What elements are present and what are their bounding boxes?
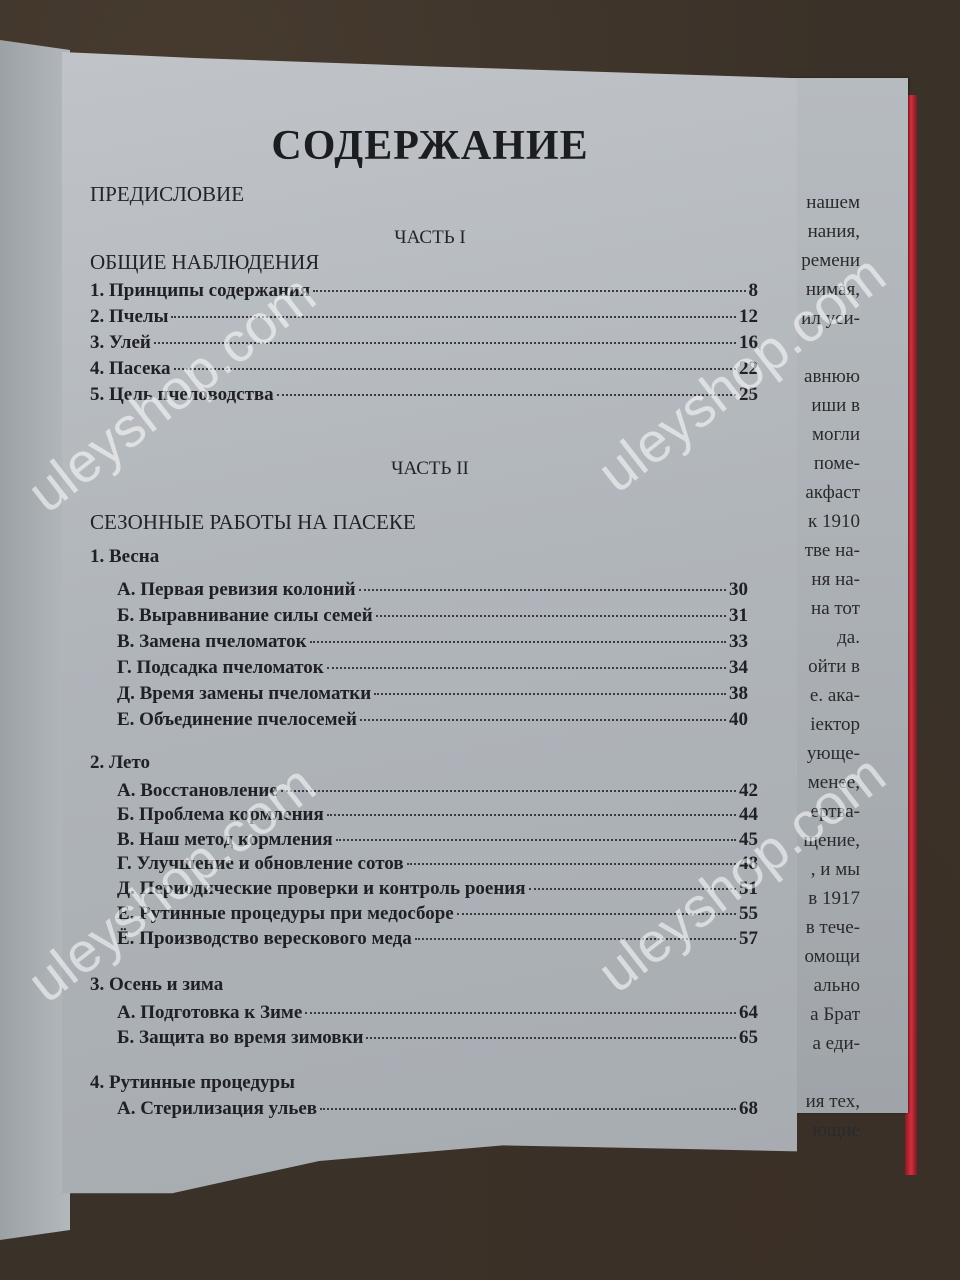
toc-page-number: 48 [739, 853, 758, 875]
toc-entry-title: Б. Защита во время зимовки [117, 1027, 363, 1049]
toc-entry[interactable]: 5. Цель пчеловодства25 [90, 384, 758, 406]
toc-entry[interactable]: Г. Улучшение и обновление сотов48 [117, 853, 758, 875]
toc-entry[interactable]: В. Наш метод кормления45 [117, 829, 758, 851]
dot-leader [320, 1108, 736, 1110]
toc-page-number: 31 [729, 605, 748, 627]
toc-entry-title: А. Восстановление [117, 780, 278, 802]
dot-leader [305, 1012, 736, 1014]
dot-leader [366, 1037, 736, 1039]
toc-entry-title: Ё. Производство верескового меда [117, 928, 412, 950]
toc-entry-title: А. Подготовка к Зиме [117, 1002, 302, 1024]
toc-entry[interactable]: А. Подготовка к Зиме64 [117, 1002, 758, 1024]
dot-leader [313, 290, 745, 292]
toc-page-number: 30 [729, 579, 748, 601]
toc-entry-title: 1. Принципы содержания [90, 280, 310, 302]
dot-leader [457, 913, 736, 915]
toc-entry-title: Б. Проблема кормления [117, 804, 324, 826]
dot-leader [376, 615, 726, 617]
toc-page-number: 65 [739, 1027, 758, 1049]
dot-leader [407, 863, 736, 865]
dot-leader [310, 641, 726, 643]
toc-entry[interactable]: Ё. Производство верескового меда57 [117, 928, 758, 950]
toc-section-heading[interactable]: 1. Весна [90, 546, 159, 568]
toc-page-number: 57 [739, 928, 758, 950]
dot-leader [374, 693, 726, 695]
part-1-label: ЧАСТЬ I [90, 227, 770, 249]
toc-entry-title: Е. Рутинные процедуры при медосборе [117, 903, 454, 925]
toc-page-number: 68 [739, 1098, 758, 1120]
preface-heading: ПРЕДИСЛОВИЕ [90, 182, 244, 207]
dot-leader [360, 719, 726, 721]
toc-page-number: 33 [729, 631, 748, 653]
toc-entry-title: 4. Пасека [90, 358, 171, 380]
toc-entry-title: В. Наш метод кормления [117, 829, 333, 851]
toc-page-number: 40 [729, 709, 748, 731]
toc-entry[interactable]: Д. Периодические проверки и контроль рое… [117, 878, 758, 900]
dot-leader [281, 790, 736, 792]
dot-leader [277, 394, 736, 396]
toc-page-number: 64 [739, 1002, 758, 1024]
part-2-heading: СЕЗОННЫЕ РАБОТЫ НА ПАСЕКЕ [90, 510, 416, 535]
dot-leader [359, 589, 726, 591]
toc-entry-title: Е. Объединение пчелосемей [117, 709, 357, 731]
toc-page-number: 51 [739, 878, 758, 900]
toc-section-heading[interactable]: 4. Рутинные процедуры [90, 1072, 295, 1094]
toc-entry-title: Г. Улучшение и обновление сотов [117, 853, 404, 875]
underlying-page: нашемнания,ременинимая,ил уси- авнююиши … [790, 78, 908, 1113]
dot-leader [529, 888, 737, 890]
toc-entry-title: Г. Подсадка пчеломаток [117, 657, 324, 679]
toc-entry[interactable]: 2. Пчелы12 [90, 306, 758, 328]
toc-page-number: 22 [739, 358, 758, 380]
toc-entry[interactable]: А. Восстановление42 [117, 780, 758, 802]
toc-page-number: 38 [729, 683, 748, 705]
toc-entry[interactable]: 3. Улей16 [90, 332, 758, 354]
toc-page-number: 34 [729, 657, 748, 679]
toc-entry-title: 5. Цель пчеловодства [90, 384, 274, 406]
toc-entry[interactable]: 4. Пасека22 [90, 358, 758, 380]
toc-entry[interactable]: А. Стерилизация ульев68 [117, 1098, 758, 1120]
toc-entry[interactable]: Е. Объединение пчелосемей40 [117, 709, 748, 731]
toc-entry-title: 3. Улей [90, 332, 151, 354]
toc-page-number: 55 [739, 903, 758, 925]
toc-entry-title: 2. Пчелы [90, 306, 168, 328]
dot-leader [327, 667, 726, 669]
toc-entry[interactable]: 1. Принципы содержания8 [90, 280, 758, 302]
toc-entry[interactable]: Б. Проблема кормления44 [117, 804, 758, 826]
dot-leader [336, 839, 736, 841]
toc-entry[interactable]: Г. Подсадка пчеломаток34 [117, 657, 748, 679]
page-title: СОДЕРЖАНИЕ [90, 122, 770, 170]
toc-entry-title: А. Первая ревизия колоний [117, 579, 356, 601]
toc-entry-title: А. Стерилизация ульев [117, 1098, 317, 1120]
dot-leader [327, 814, 736, 816]
toc-entry[interactable]: Б. Выравнивание силы семей31 [117, 605, 748, 627]
toc-page-number: 44 [739, 804, 758, 826]
toc-entry-title: Д. Периодические проверки и контроль рое… [117, 878, 526, 900]
toc-page: СОДЕРЖАНИЕ ПРЕДИСЛОВИЕ ЧАСТЬ I ОБЩИЕ НАБ… [62, 52, 797, 1247]
toc-section-heading[interactable]: 3. Осень и зима [90, 974, 223, 996]
toc-page-number: 12 [739, 306, 758, 328]
toc-entry-title: Д. Время замены пчеломатки [117, 683, 371, 705]
toc-page-number: 25 [739, 384, 758, 406]
toc-section-heading[interactable]: 2. Лето [90, 752, 150, 774]
toc-entry-title: В. Замена пчеломаток [117, 631, 307, 653]
dot-leader [415, 938, 736, 940]
toc-entry[interactable]: Б. Защита во время зимовки65 [117, 1027, 758, 1049]
toc-page-number: 8 [749, 280, 759, 302]
toc-entry[interactable]: Е. Рутинные процедуры при медосборе55 [117, 903, 758, 925]
toc-entry[interactable]: Д. Время замены пчеломатки38 [117, 683, 748, 705]
part-2-label: ЧАСТЬ II [90, 458, 770, 480]
dot-leader [174, 368, 736, 370]
toc-entry[interactable]: А. Первая ревизия колоний30 [117, 579, 748, 601]
dot-leader [154, 342, 736, 344]
toc-page-number: 16 [739, 332, 758, 354]
toc-page-number: 45 [739, 829, 758, 851]
left-page-edge [0, 40, 70, 1250]
toc-entry-title: Б. Выравнивание силы семей [117, 605, 373, 627]
toc-entry[interactable]: В. Замена пчеломаток33 [117, 631, 748, 653]
part-1-heading: ОБЩИЕ НАБЛЮДЕНИЯ [90, 250, 319, 275]
toc-page-number: 42 [739, 780, 758, 802]
dot-leader [171, 316, 736, 318]
